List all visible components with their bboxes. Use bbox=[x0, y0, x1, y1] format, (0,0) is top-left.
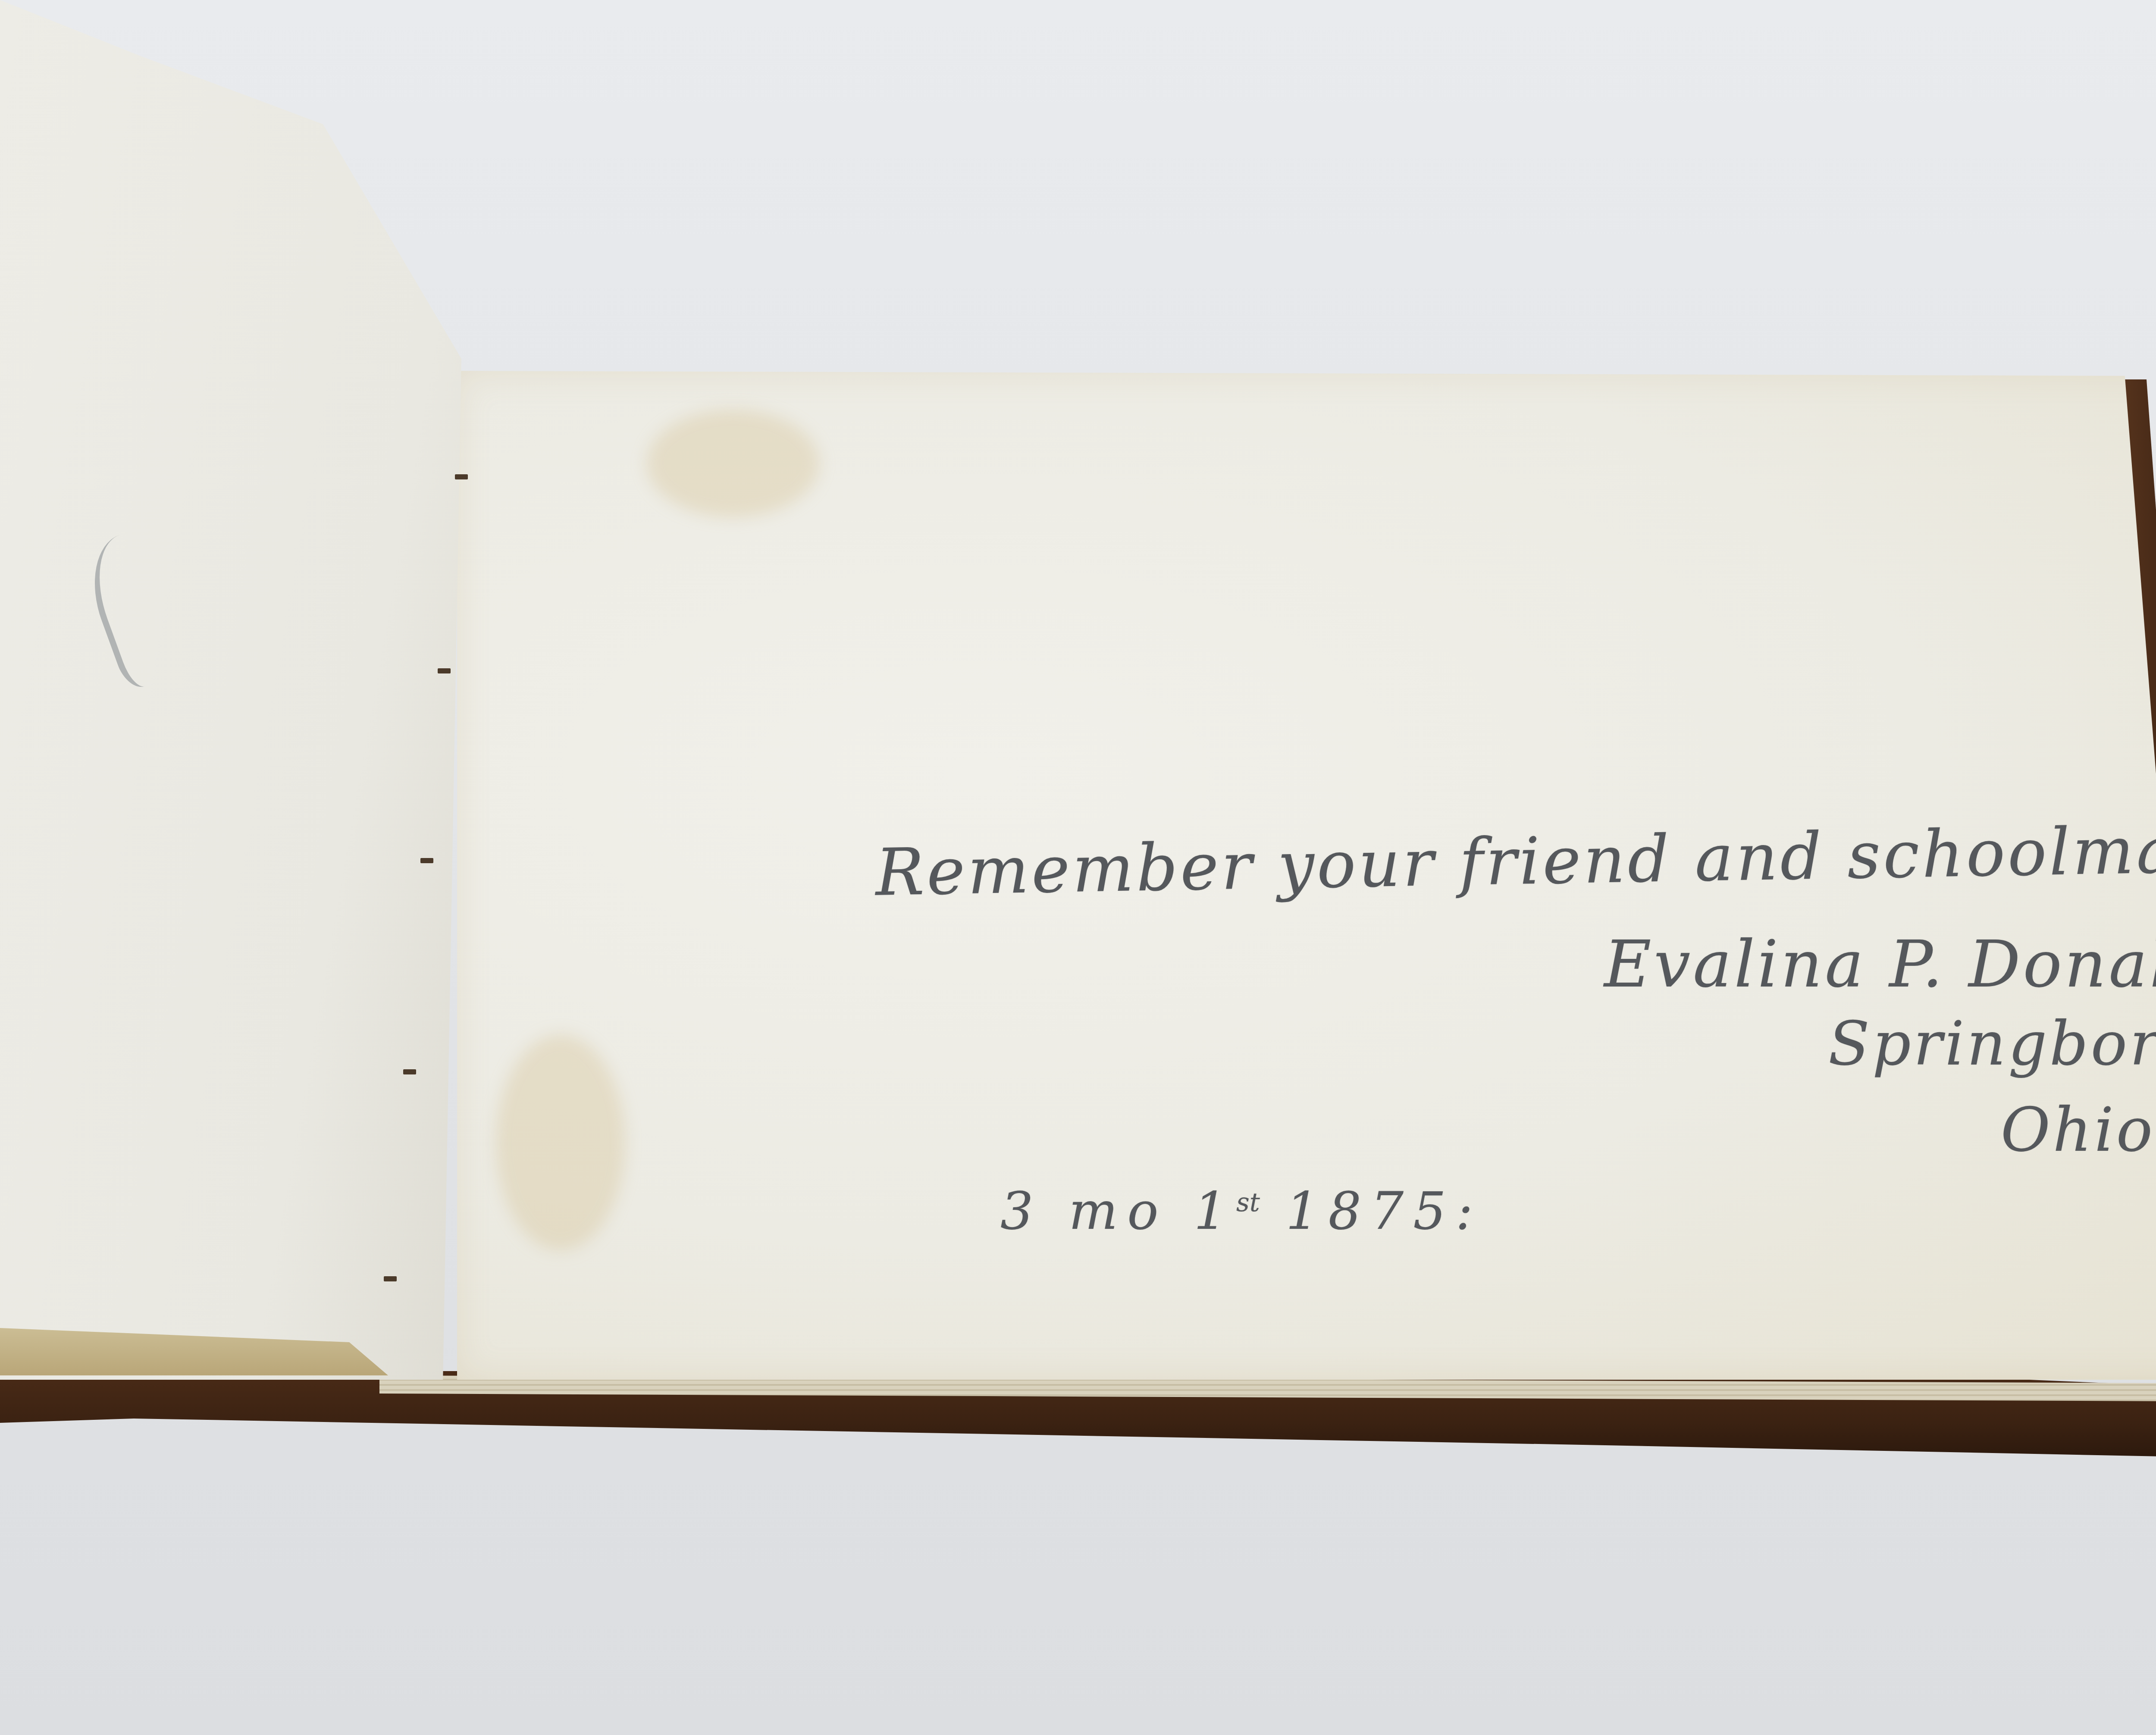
binding-stitch bbox=[420, 858, 433, 863]
binding-stitch bbox=[438, 668, 451, 673]
date-month: 3 mo bbox=[1000, 1181, 1168, 1241]
foxing-stain bbox=[496, 1035, 625, 1250]
inscription-name: Evalina P. Donaldson bbox=[1604, 927, 2156, 1002]
inscription-date: 3 mo 1st 1875: bbox=[1000, 1181, 1482, 1241]
binding-stitch bbox=[455, 474, 468, 479]
date-year: 1875: bbox=[1286, 1181, 1482, 1241]
foxing-stain bbox=[647, 410, 819, 517]
date-day: 1st bbox=[1194, 1181, 1260, 1241]
binding-stitch bbox=[403, 1069, 416, 1074]
inscription-state: Ohio bbox=[2001, 1095, 2155, 1165]
inscription-town: Springboro bbox=[1828, 1009, 2156, 1079]
binding-stitch bbox=[384, 1276, 397, 1281]
